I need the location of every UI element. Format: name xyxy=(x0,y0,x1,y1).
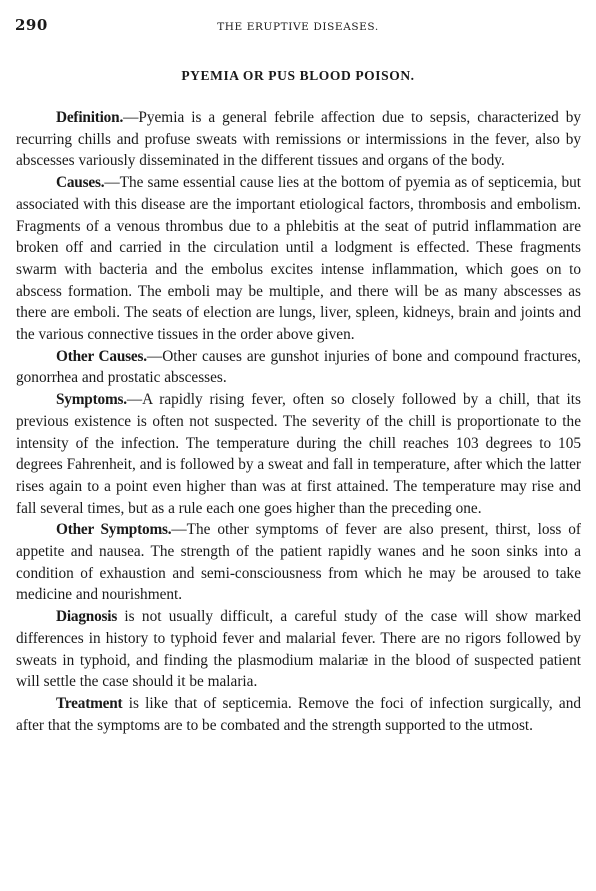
article-body: Definition.—Pyemia is a general febrile … xyxy=(16,107,581,736)
run-in-heading: Diagnosis xyxy=(56,608,117,625)
separator: — xyxy=(147,348,162,365)
paragraph-definition: Definition.—Pyemia is a general febrile … xyxy=(16,107,581,172)
paragraph-diagnosis: Diagnosis is not usually difficult, a ca… xyxy=(16,606,581,693)
run-in-heading: Definition. xyxy=(56,109,123,126)
run-in-heading: Treatment xyxy=(56,695,122,712)
run-in-heading: Causes. xyxy=(56,174,104,191)
paragraph-other-causes: Other Causes.—Other causes are gunshot i… xyxy=(16,346,581,389)
paragraph-other-symptoms: Other Symptoms.—The other symptoms of fe… xyxy=(16,519,581,606)
paragraph-text: A rapidly rising fever, often so closely… xyxy=(16,391,581,517)
paragraph-text: The same essential cause lies at the bot… xyxy=(16,174,581,343)
run-in-heading: Other Symptoms. xyxy=(56,521,171,538)
separator: — xyxy=(127,391,142,408)
paragraph-causes: Causes.—The same essential cause lies at… xyxy=(16,172,581,346)
article-title: PYEMIA OR PUS BLOOD POISON. xyxy=(0,68,596,84)
paragraph-symptoms: Symptoms.—A rapidly rising fever, often … xyxy=(16,389,581,519)
run-in-heading: Symptoms. xyxy=(56,391,127,408)
separator: — xyxy=(104,174,119,191)
separator: — xyxy=(171,521,186,538)
running-head: THE ERUPTIVE DISEASES. xyxy=(0,21,596,33)
paragraph-treatment: Treatment is like that of septicemia. Re… xyxy=(16,693,581,736)
run-in-heading: Other Causes. xyxy=(56,348,147,365)
separator: — xyxy=(123,109,138,126)
